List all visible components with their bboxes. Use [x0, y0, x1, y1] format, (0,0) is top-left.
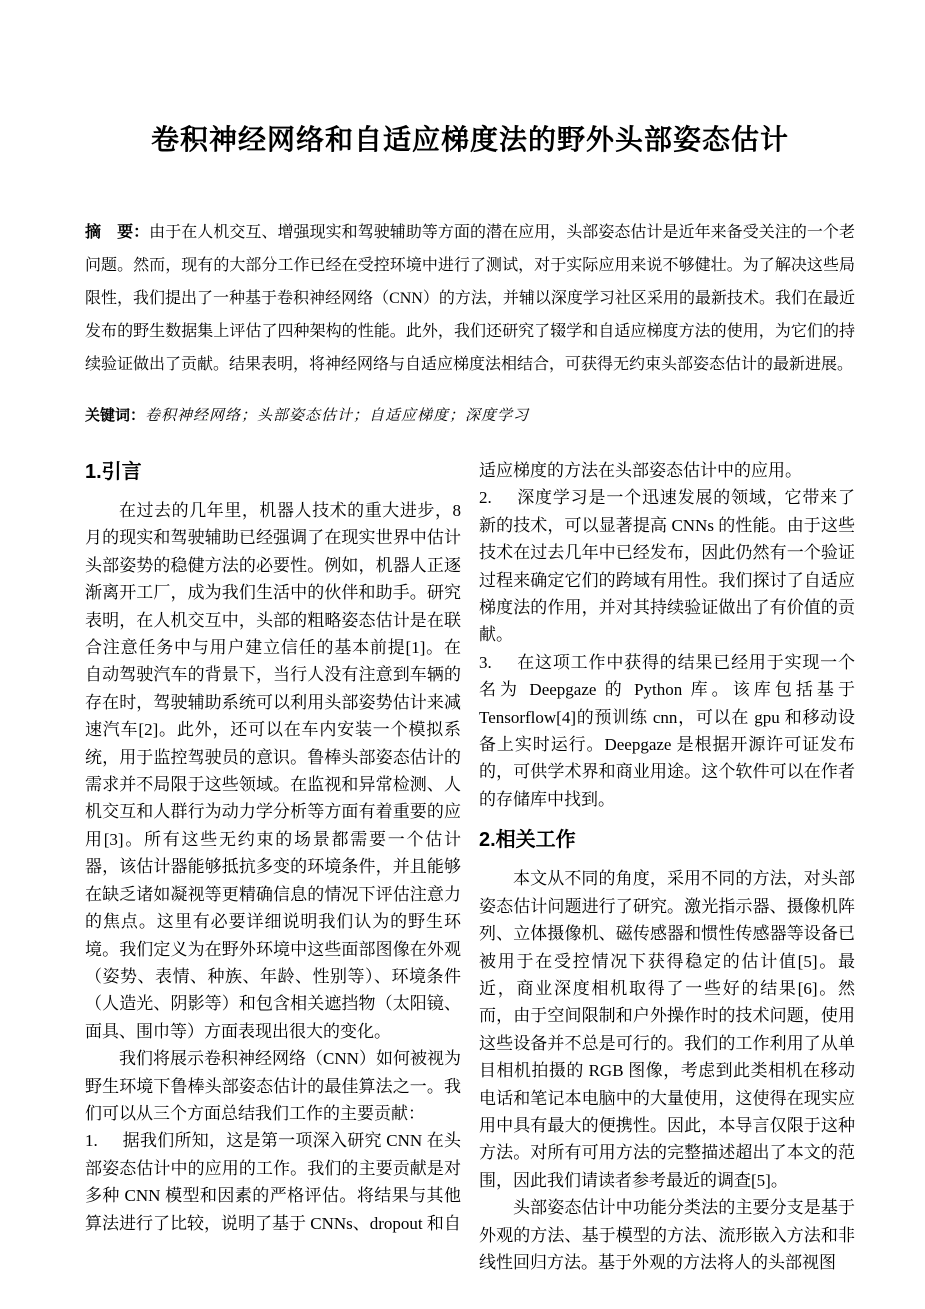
contribution-item-1: 1.据我们所知，这是第一项深入研究 CNN 在头部姿态估计中的应用的工作。我们的…: [85, 1127, 461, 1237]
keywords-text: 卷积神经网络；头部姿态估计；自适应梯度；深度学习: [145, 408, 529, 424]
paper-page: 卷积神经网络和自适应梯度法的野外头部姿态估计 摘 要：由于在人机交互、增强现实和…: [0, 0, 925, 1309]
paper-title: 卷积神经网络和自适应梯度法的野外头部姿态估计: [85, 118, 855, 158]
list-number-2: 2.: [479, 484, 516, 511]
keywords-colon: ：: [130, 407, 145, 424]
intro-paragraph-1: 在过去的几年里，机器人技术的重大进步，8 月的现实和驾驶辅助已经强调了在现实世界…: [85, 497, 461, 1045]
abstract-label: 摘 要: [85, 224, 133, 241]
list-number-3: 3.: [479, 649, 516, 676]
related-work-paragraph-2: 头部姿态估计中功能分类法的主要分支是基于外观的方法、基于模型的方法、流形嵌入方法…: [479, 1194, 855, 1276]
keywords-label: 关键词: [85, 407, 130, 424]
abstract: 摘 要：由于在人机交互、增强现实和驾驶辅助等方面的潜在应用，头部姿态估计是近年来…: [85, 216, 855, 381]
abstract-colon: ：: [133, 224, 149, 241]
two-column-body: 1.引言 在过去的几年里，机器人技术的重大进步，8 月的现实和驾驶辅助已经强调了…: [85, 457, 855, 1276]
abstract-text: 由于在人机交互、增强现实和驾驶辅助等方面的潜在应用，头部姿态估计是近年来备受关注…: [85, 224, 855, 373]
contribution-item-1-continuation: 适应梯度的方法在头部姿态估计中的应用。: [479, 457, 855, 484]
related-work-paragraph-1: 本文从不同的角度，采用不同的方法，对头部姿态估计问题进行了研究。激光指示器、摄像…: [479, 865, 855, 1194]
contribution-item-3-text: 在这项工作中获得的结果已经用于实现一个名为 Deepgaze 的 Python …: [479, 653, 855, 809]
list-number-1: 1.: [85, 1127, 122, 1154]
left-column: 1.引言 在过去的几年里，机器人技术的重大进步，8 月的现实和驾驶辅助已经强调了…: [85, 457, 461, 1276]
contribution-item-2-text: 深度学习是一个迅速发展的领域，它带来了新的技术，可以显著提高 CNNs 的性能。…: [479, 488, 855, 644]
contribution-item-2: 2.深度学习是一个迅速发展的领域，它带来了新的技术，可以显著提高 CNNs 的性…: [479, 484, 855, 648]
intro-paragraph-2: 我们将展示卷积神经网络（CNN）如何被视为野生环境下鲁棒头部姿态估计的最佳算法之…: [85, 1045, 461, 1127]
right-column: 适应梯度的方法在头部姿态估计中的应用。 2.深度学习是一个迅速发展的领域，它带来…: [479, 457, 855, 1276]
section-2-heading: 2.相关工作: [479, 827, 855, 853]
contribution-item-3: 3.在这项工作中获得的结果已经用于实现一个名为 Deepgaze 的 Pytho…: [479, 649, 855, 813]
keywords-line: 关键词：卷积神经网络；头部姿态估计；自适应梯度；深度学习: [85, 405, 855, 427]
section-1-heading: 1.引言: [85, 459, 461, 485]
contribution-item-1-text: 据我们所知，这是第一项深入研究 CNN 在头部姿态估计中的应用的工作。我们的主要…: [85, 1131, 461, 1232]
